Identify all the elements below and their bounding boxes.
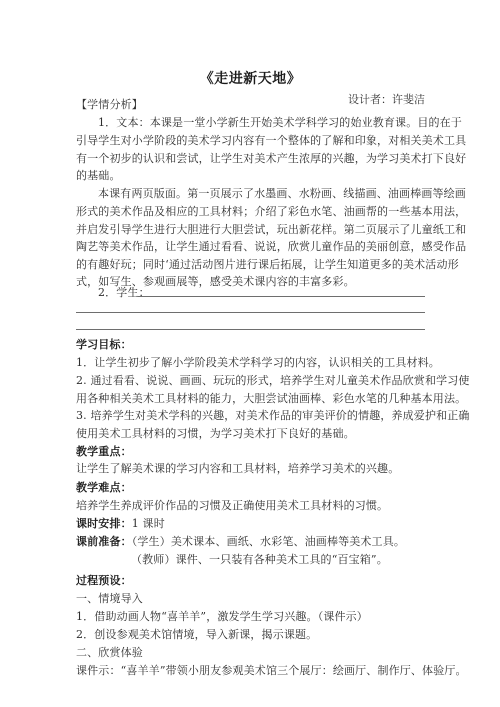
preparation-row: 课前准备：（学生）美术课本、画纸、水彩笔、油画棒等美术工具。 bbox=[76, 533, 425, 551]
document-title: 《走进新天地》 bbox=[76, 68, 425, 88]
analysis-text-line: 引导学生对小学阶段的美术学习内容有一个整体的了解和印象，对相关美术工具 bbox=[76, 132, 425, 150]
process-line: 一、情境导入 bbox=[76, 590, 425, 608]
schedule-heading: 课时安排： bbox=[76, 517, 132, 530]
objective-line: 使用美术工具材料的习惯，为学习美术打下良好的基础。 bbox=[76, 425, 425, 443]
student-blank-line bbox=[76, 312, 425, 313]
layout-paragraph-line: 的有趣好玩；同时‘通过活动图片进行课后拓展，让学生知道更多的美术活动形 bbox=[76, 256, 425, 274]
student-blank-line bbox=[76, 329, 425, 330]
layout-paragraph-line: 陶艺等美术作品，让学生通过看看、说说，欣赏儿童作品的美丽创意，感受作品 bbox=[76, 238, 425, 256]
analysis-text-line: 的基础。 bbox=[76, 167, 425, 185]
key-points-heading: 教学重点： bbox=[76, 443, 425, 461]
preparation-heading: 课前准备： bbox=[76, 535, 132, 548]
process-line: 课件示：“喜羊羊”带领小朋友参观美术馆三个展厅：绘画厅、制作厅、体验厅。 bbox=[76, 662, 425, 680]
objectives-heading: 学习目标： bbox=[76, 336, 425, 354]
preparation-teacher: （教师）课件、一只装有各种美术工具的“百宝箱”。 bbox=[76, 551, 425, 569]
analysis-text-line: 有一个初步的认识和尝试，让学生对美术产生浓厚的兴趣，为学习美术打下良好 bbox=[76, 150, 425, 168]
difficulties-text: 培养学生养成评价作品的习惯及正确使用美术工具材料的习惯。 bbox=[76, 497, 425, 515]
preparation-student: （学生）美术课本、画纸、水彩笔、油画棒等美术工具。 bbox=[132, 535, 405, 548]
difficulties-heading: 教学难点： bbox=[76, 479, 425, 497]
process-heading: 过程预设： bbox=[76, 572, 425, 590]
student-item-label: 2．学生： bbox=[76, 284, 425, 302]
schedule-row: 课时安排：1 课时 bbox=[76, 515, 425, 533]
key-points-text: 让学生了解美术课的学习内容和工具材料，培养学习美术的兴趣。 bbox=[76, 460, 425, 478]
objective-line: 1．让学生初步了解小学阶段美术学科学习的内容，认识相关的工具材料。 bbox=[76, 354, 425, 372]
student-blank-line bbox=[138, 296, 425, 297]
analysis-heading: 【学情分析】 bbox=[76, 96, 425, 114]
layout-paragraph-line: 形式的美术作品及相应的工具材料；介绍了彩色水笔、油画帮的一些基本用法， bbox=[76, 203, 425, 221]
schedule-text: 1 课时 bbox=[132, 517, 165, 530]
layout-paragraph-line: 本课有两页版面。第一页展示了水墨画、水粉画、线描画、油画棒画等绘画 bbox=[76, 185, 425, 203]
process-line: 1．借助动画人物“喜羊羊”，激发学生学习兴趣。（课件示） bbox=[76, 608, 425, 626]
process-line: 2．创设参观美术馆情境，导入新课，揭示课题。 bbox=[76, 626, 425, 644]
objective-line: 用各种相关美术工具材料的能力，大胆尝试油画棒、彩色水笔的几种基本用法。 bbox=[76, 390, 425, 408]
layout-paragraph-line: 并启发引导学生进行大胆进行大胆尝试，玩出新花样。第二页展示了儿童纸工和 bbox=[76, 221, 425, 239]
objective-line: 3. 培养学生对美术学科的兴趣，对美术作品的审美评价的情趣，养成爱护和正确 bbox=[76, 407, 425, 425]
objective-line: 2. 通过看看、说说、画画、玩玩的形式，培养学生对儿童美术作品欣赏和学习使 bbox=[76, 372, 425, 390]
process-line: 二、欣赏体验 bbox=[76, 644, 425, 662]
analysis-text-line: 1．文本：本课是一堂小学新生开始美术学科学习的始业教育课。目的在于 bbox=[76, 114, 425, 132]
